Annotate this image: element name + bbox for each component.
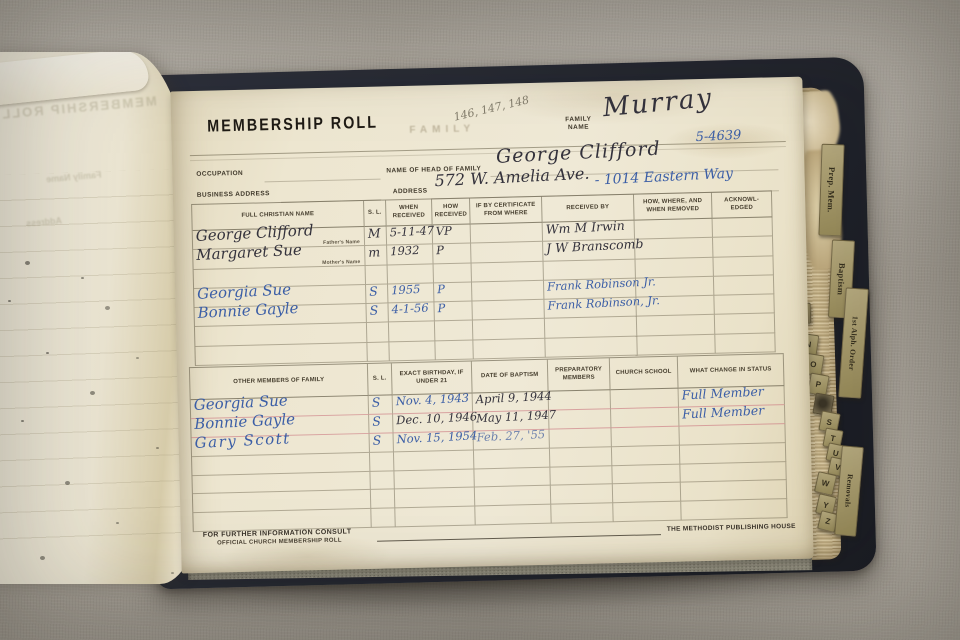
handwritten-entry: Georgia Sue [197, 282, 292, 302]
handwritten-entry: VP [436, 226, 453, 238]
empty-cell [680, 443, 786, 464]
handwritten-entry: May 11, 1947 [476, 409, 556, 424]
empty-cell [475, 486, 551, 507]
empty-cell [370, 452, 394, 471]
empty-cell [367, 323, 389, 343]
empty-cell [473, 319, 545, 340]
empty-cell [474, 448, 550, 469]
empty-cell [435, 340, 473, 360]
cell-how: P [434, 302, 472, 322]
handwritten-entry: S [369, 285, 378, 298]
column-header: S. L. [364, 200, 387, 227]
column-header: WHEN RECEIVED [386, 199, 433, 226]
empty-cell [473, 339, 545, 360]
handwritten-entry: Wm M Irwin [545, 220, 625, 236]
handwritten-entry: Bonnie Gayle [197, 301, 299, 321]
cell-sl: S [366, 304, 388, 324]
members-received-table: FULL CHRISTIAN NAME S. L. WHEN RECEIVED … [191, 190, 776, 366]
footer-consult-line2: OFFICIAL CHURCH MEMBERSHIP ROLL [217, 538, 342, 547]
empty-cell [472, 300, 544, 321]
other-family-members-table: OTHER MEMBERS OF FAMILY S. L. EXACT BIRT… [189, 353, 788, 532]
cell-received-by: J W Branscomb [543, 240, 635, 261]
occupation-label: OCCUPATION [196, 170, 243, 178]
empty-cell [371, 490, 395, 509]
empty-cell [394, 469, 474, 490]
head-of-family-handwritten: George Clifford [496, 140, 662, 167]
empty-cell [679, 424, 785, 445]
handwritten-entry: April 9, 1944 [475, 391, 552, 406]
empty-cell [471, 223, 543, 244]
ruled-lines [0, 168, 200, 555]
cell-sl: M [365, 226, 387, 246]
empty-cell [613, 502, 681, 522]
empty-cell [471, 242, 543, 263]
empty-cell [612, 464, 680, 484]
cell-sl: m [365, 246, 387, 266]
handwritten-entry: S [371, 396, 380, 409]
handwritten-entry: 1932 [390, 245, 420, 258]
handwritten-entry: S [372, 415, 381, 428]
empty-cell [370, 471, 394, 490]
cell-when: 1932 [387, 245, 433, 265]
empty-cell [713, 237, 773, 258]
empty-cell [434, 263, 472, 283]
handwritten-entry: Full Member [682, 404, 765, 421]
family-label-line2: NAME [565, 124, 591, 133]
column-header: HOW, WHERE, AND WHEN REMOVED [634, 193, 713, 221]
empty-cell [371, 509, 395, 528]
pencil-page-numbers: 146, 147, 148 [452, 93, 530, 123]
address-handwritten: 572 W. Amelia Ave. [434, 166, 590, 190]
empty-cell [612, 445, 680, 465]
empty-cell [611, 426, 679, 446]
empty-cell [551, 504, 613, 524]
handwritten-entry: J W Branscomb [546, 238, 644, 255]
handwritten-entry: Dec. 10, 1946 [396, 411, 477, 427]
empty-cell [637, 335, 715, 356]
handwritten-entry: Margaret Sue [196, 243, 302, 263]
empty-cell [545, 336, 637, 357]
empty-cell [395, 507, 475, 528]
cell-baptism: Feb. 27, '55 [473, 429, 549, 450]
left-page-stack: MEMBERSHIP ROLL Family Name Address [0, 52, 200, 584]
empty-cell [637, 315, 715, 336]
empty-cell [435, 321, 473, 341]
page-title: MEMBERSHIP ROLL [207, 113, 378, 137]
handwritten-entry: m [368, 247, 380, 260]
empty-cell [680, 462, 786, 483]
footer-rule-line [377, 534, 661, 542]
tab-prep-mem: Prep. Mem. [818, 144, 844, 237]
column-header: HOW RECEIVED [432, 198, 471, 225]
empty-cell [389, 322, 435, 342]
handwritten-entry: Feb. 27, '55 [476, 429, 545, 444]
empty-cell [366, 265, 388, 285]
empty-cell [551, 485, 613, 505]
cell-when: 4-1-56 [388, 303, 434, 323]
handwritten-entry: 4-1-56 [391, 303, 429, 316]
cell-status: Full Member [679, 405, 785, 426]
column-header: CHURCH SCHOOL [610, 357, 679, 391]
cell-how: P [433, 244, 471, 264]
handwritten-entry: P [437, 303, 445, 315]
empty-cell [474, 467, 550, 488]
empty-cell [388, 264, 434, 284]
column-header: PREPARATORY MEMBERS [548, 358, 611, 391]
handwritten-entry: S [372, 434, 381, 447]
cell-sl: S [366, 284, 388, 304]
empty-cell [472, 281, 544, 302]
address-secondary-handwritten: - 1014 Eastern Way [594, 167, 733, 188]
empty-cell [611, 389, 679, 409]
cell-how: VP [433, 224, 471, 244]
cell-received-by: Frank Robinson, Jr. [544, 298, 636, 319]
ghost-family-stamp: FAMILY [409, 123, 475, 136]
empty-cell [475, 505, 551, 526]
empty-cell [472, 261, 544, 282]
cell-how: P [434, 282, 472, 302]
handwritten-entry: S [369, 305, 378, 318]
handwritten-entry: M [368, 227, 381, 240]
handwritten-entry: Nov. 15, 1954 [396, 430, 477, 445]
handwritten-entry: 1955 [391, 284, 421, 297]
cell-birthday: Nov. 15, 1954 [394, 431, 474, 452]
empty-cell [713, 217, 773, 238]
empty-cell [550, 466, 612, 486]
empty-cell [635, 238, 713, 259]
empty-cell [549, 428, 611, 448]
empty-cell [550, 447, 612, 467]
empty-cell [367, 342, 389, 362]
family-name-label: FAMILY NAME [565, 116, 592, 133]
empty-cell [715, 333, 775, 354]
occupation-blank-line [265, 179, 381, 183]
handwritten-entry: P [436, 245, 444, 257]
column-header: ACKNOWL- EDGED [712, 191, 773, 218]
handwritten-entry: Gary Scott [194, 431, 291, 451]
address-label: ADDRESS [393, 187, 428, 195]
empty-cell [715, 314, 775, 335]
empty-cell [389, 341, 435, 361]
empty-cell [713, 256, 773, 277]
empty-cell [549, 409, 611, 429]
footer-publisher: THE METHODIST PUBLISHING HOUSE [667, 523, 796, 533]
membership-roll-page: MEMBERSHIP ROLL FAMILY 146, 147, 148 FAM… [170, 77, 813, 574]
handwritten-entry: Nov. 4, 1943 [396, 393, 470, 408]
column-header: S. L. [368, 363, 393, 396]
empty-cell [635, 219, 713, 240]
cell-sl: S [369, 414, 393, 433]
cell-sl: S [369, 395, 393, 414]
fathers-name-sublabel: Father's Name [323, 239, 360, 246]
business-address-label: BUSINESS ADDRESS [197, 190, 270, 199]
mothers-name-sublabel: Mother's Name [322, 259, 360, 266]
empty-cell [394, 450, 474, 471]
handwritten-entry: Full Member [681, 385, 764, 402]
empty-cell [545, 317, 637, 338]
empty-cell [395, 488, 475, 509]
handwritten-entry: 5-11-47 [390, 225, 435, 239]
empty-cell [549, 390, 611, 410]
empty-cell [681, 499, 787, 520]
handwritten-entry: P [437, 284, 445, 296]
family-name-handwritten: Murray [602, 85, 714, 121]
column-header: WHAT CHANGE IN STATUS [678, 354, 785, 388]
empty-cell [714, 275, 774, 296]
empty-cell [714, 295, 774, 316]
cell-sl: S [370, 433, 394, 452]
column-header: IF BY CERTIFICATE FROM WHERE [470, 197, 543, 225]
empty-cell [611, 408, 679, 428]
empty-cell [613, 483, 681, 503]
empty-cell [681, 481, 787, 502]
